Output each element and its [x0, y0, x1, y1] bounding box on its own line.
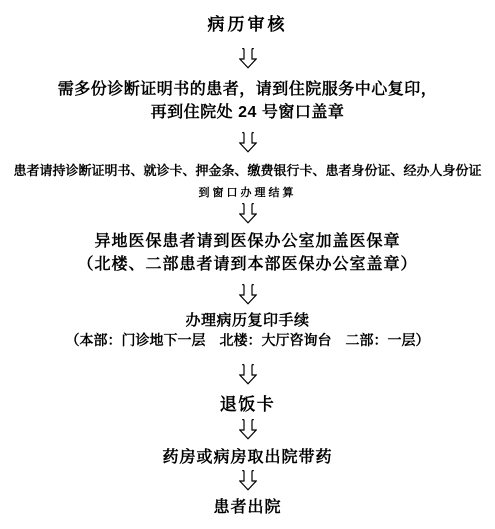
step-record-copy-line2: （本部：门诊地下一层 北楼：大厅咨询台 二部：一层） [0, 330, 495, 350]
step-settlement-line1: 患者请持诊断证明书、就诊卡、押金条、缴费银行卡、患者身份证、经办人身份证 [0, 160, 495, 179]
down-arrow-icon [239, 132, 257, 153]
step-insurance-stamp-line2: （北楼、二部患者请到本部医保办公室盖章） [0, 251, 495, 274]
step-patient-discharge: 患者出院 [0, 494, 495, 517]
step-record-copy-line1: 办理病历复印手续 [0, 309, 495, 330]
step-medical-record-review: 病历审核 [0, 10, 495, 35]
down-arrow-icon [239, 470, 257, 491]
down-arrow-icon [239, 284, 257, 305]
down-arrow-icon [239, 364, 257, 385]
down-arrow-icon [239, 203, 257, 224]
discharge-flowchart: 病历审核 需多份诊断证明书的患者，请到住院服务中心复印， 再到住院处 24 号窗… [0, 0, 495, 529]
down-arrow-icon [239, 48, 257, 69]
step-meal-card-refund: 退饭卡 [0, 390, 495, 415]
step-diagnosis-copies-line2: 再到住院处 24 号窗口盖章 [0, 99, 495, 122]
step-diagnosis-copies-line1: 需多份诊断证明书的患者，请到住院服务中心复印， [0, 76, 495, 99]
step-insurance-stamp-line1: 异地医保患者请到医保办公室加盖医保章 [0, 228, 495, 251]
step-settlement-line2: 到窗口办理结算 [0, 184, 495, 200]
step-discharge-medicine: 药房或病房取出院带药 [0, 444, 495, 467]
down-arrow-icon [239, 419, 257, 440]
